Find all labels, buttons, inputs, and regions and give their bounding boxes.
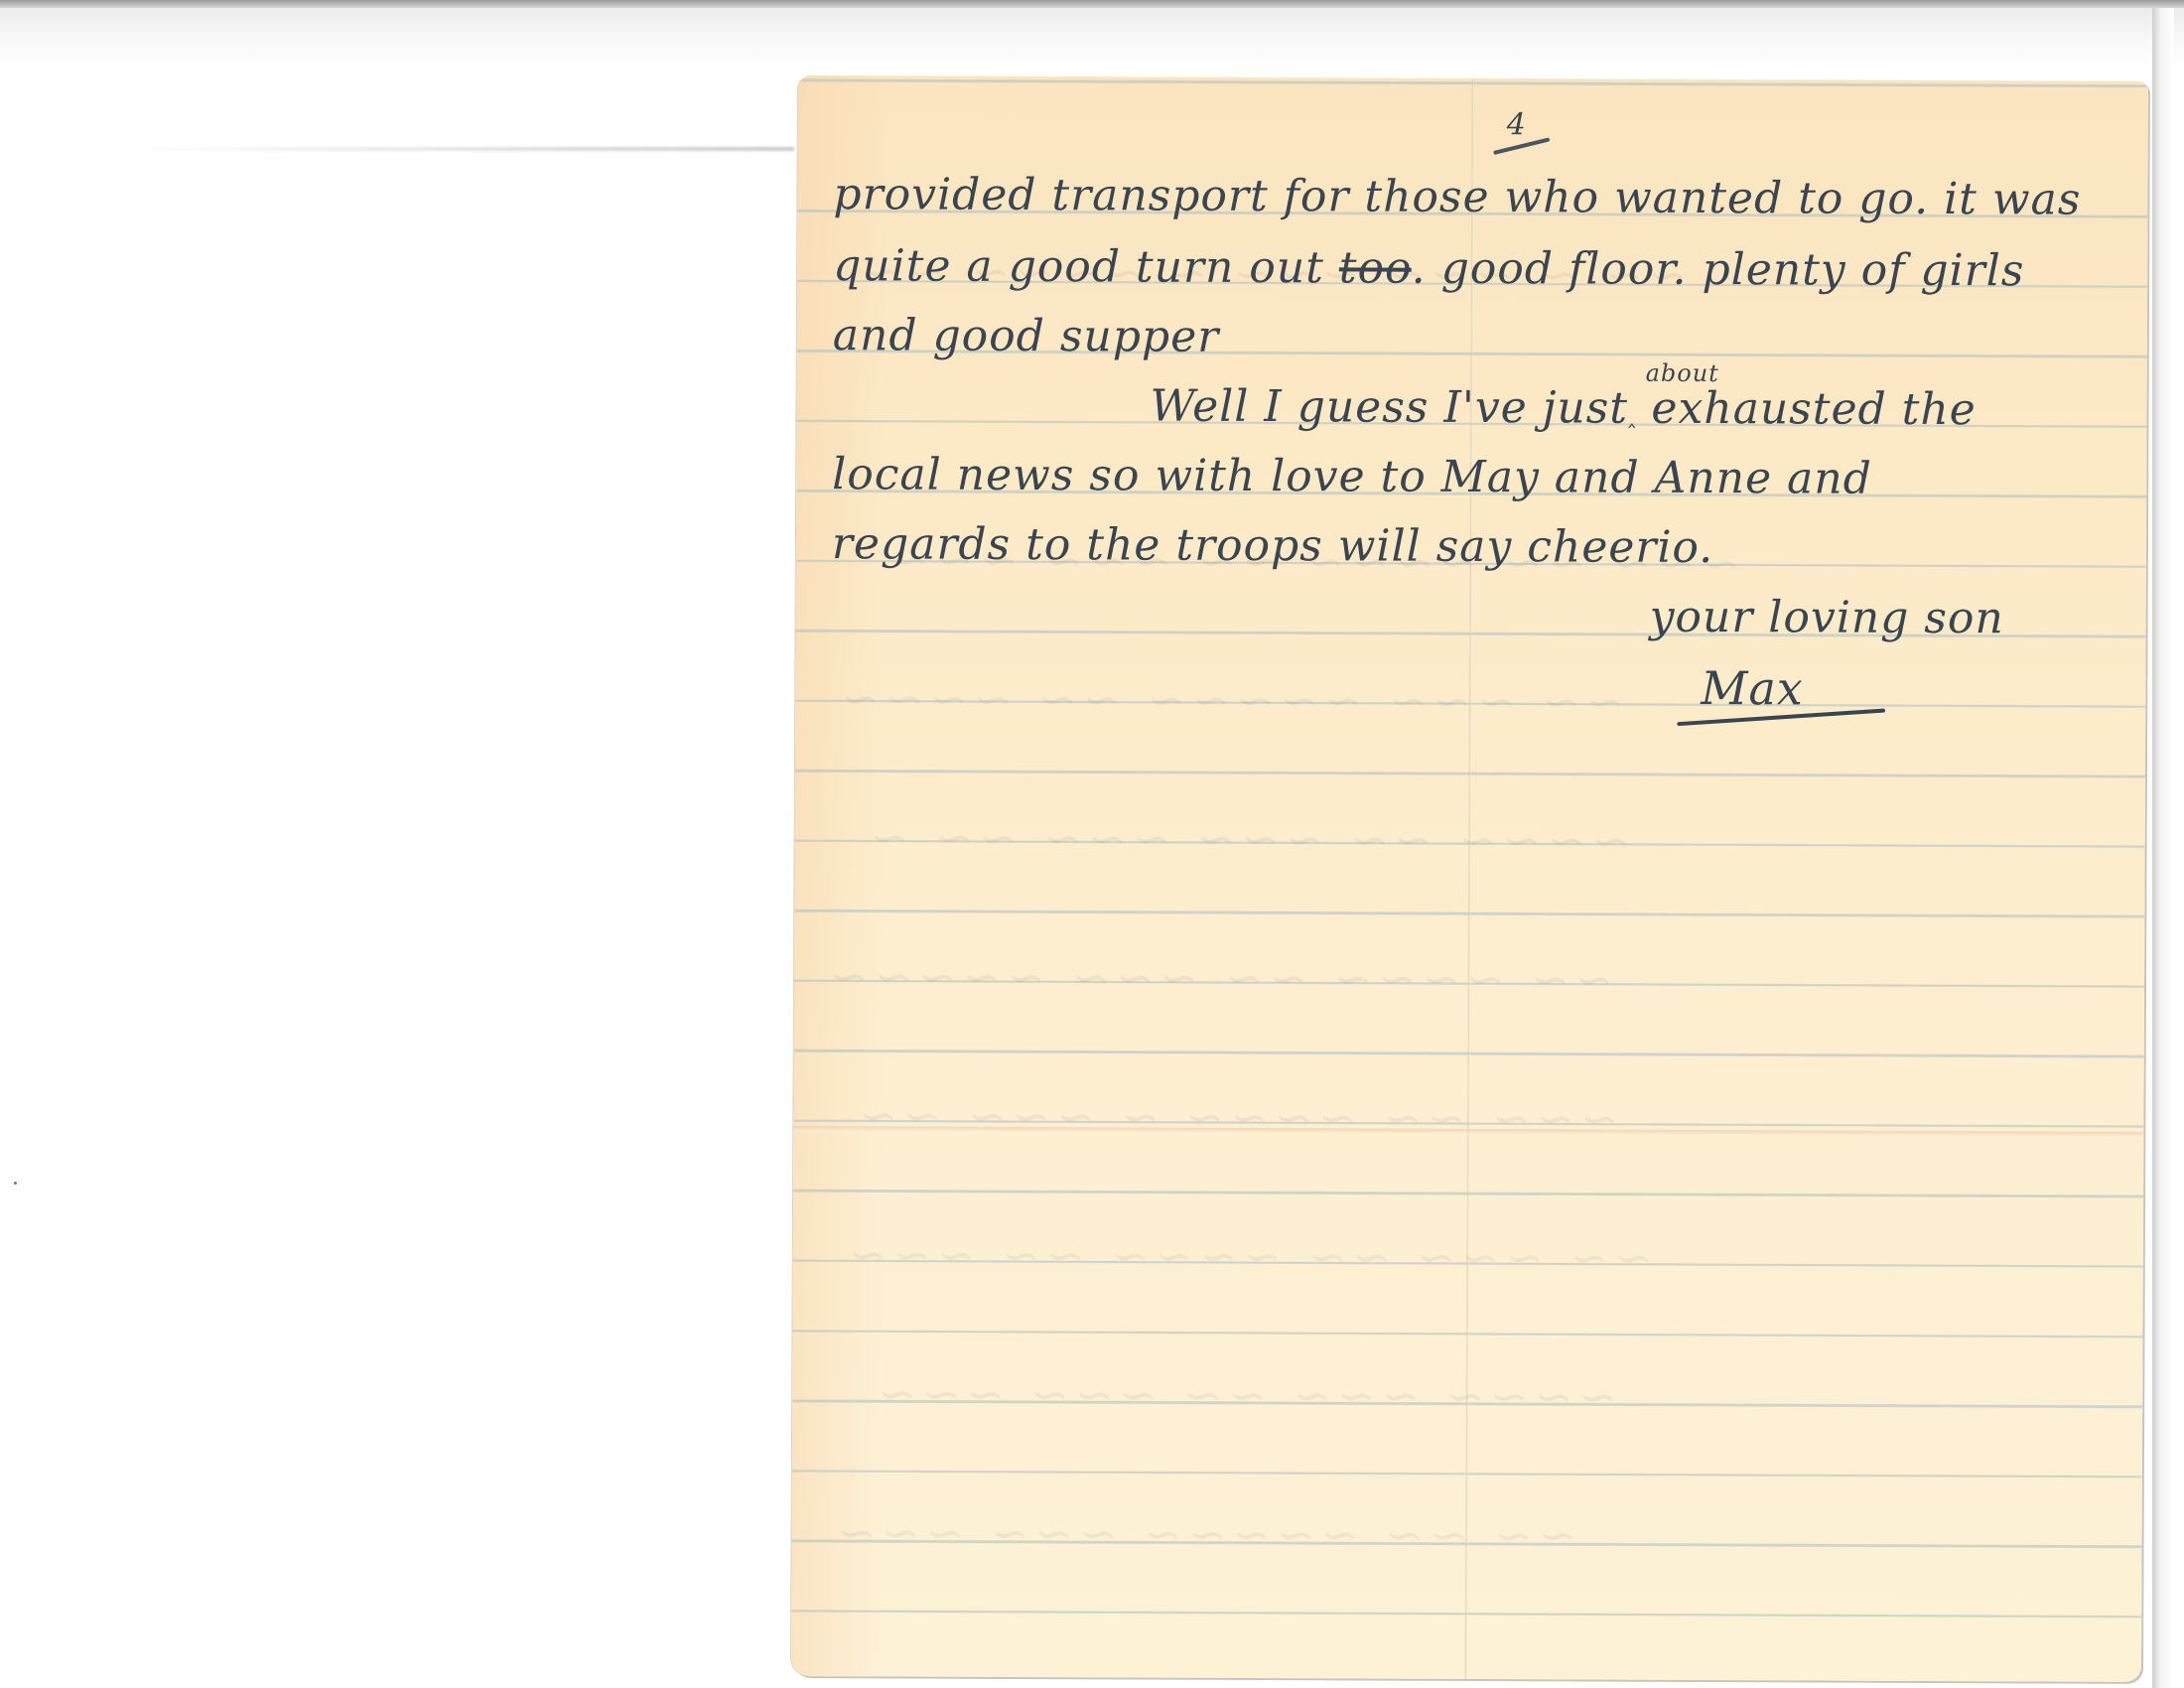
letter-line-2-continuation: . good floor. plenty of girls	[1412, 243, 2025, 297]
letter-line-6: regards to the troops will say cheerio.	[832, 522, 1713, 570]
scanner-right-edge	[2152, 8, 2174, 1688]
letter-line-5: local news so with love to May and Anne …	[832, 453, 1872, 501]
letter-line-4-continuation: exhausted the	[1651, 383, 1977, 435]
letter-line-4-text: Well I guess I've just	[1150, 381, 1628, 434]
letter-page: ~~ ~ ~~~ ~~~ ~ ~~~~ ~~ ~~~ ~~ ~~~~ ~~ ~~…	[791, 75, 2148, 1682]
page-number: 4	[1507, 110, 1527, 140]
scanner-top-edge	[0, 0, 2184, 8]
valediction: your loving son	[1650, 596, 2004, 641]
scanner-streak	[139, 147, 794, 151]
letter-line-4: Well I guess I've just‸ about exhausted …	[1150, 385, 1976, 433]
insertion-caret: ‸	[1628, 404, 1637, 429]
letter-line-3: and good supper	[833, 314, 1220, 359]
signature: Max	[1701, 665, 1804, 711]
scanner-dust-speck	[14, 1182, 17, 1185]
letter-line-2-text: quite a good turn out	[833, 240, 1324, 293]
letter-line-2: quite a good turn out too. good floor. p…	[833, 244, 2024, 293]
inserted-word: about	[1646, 361, 1719, 385]
struck-out-word: too	[1339, 242, 1412, 293]
letter-line-1: provided transport for those who wanted …	[833, 173, 2081, 221]
scanner-shadow	[0, 8, 2184, 68]
